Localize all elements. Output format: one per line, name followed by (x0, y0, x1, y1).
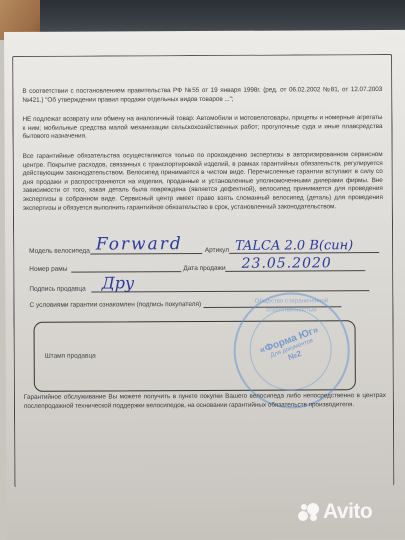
article-field: TALCA 2.0 B(син) (229, 240, 379, 254)
seller-signature: Дру (102, 273, 135, 292)
model-label: Модель велосипеда (29, 248, 90, 255)
law-paragraph: В соответствии с постановлением правител… (22, 86, 382, 105)
warranty-document: В соответствии с постановлением правител… (4, 30, 405, 540)
frame-number-label: Номер рамы (29, 266, 67, 273)
avito-watermark: Avito (298, 500, 372, 524)
buyer-sign-label: С условиями гарантии ознакомлен (подпись… (29, 301, 201, 309)
model-field: Forward (90, 241, 202, 255)
frame-date-row: Номер рамы Дата продажи 23.05.2020 (29, 258, 365, 273)
avito-logo-icon (298, 503, 320, 521)
warranty-paragraph: Все гарантийные обязательства осуществля… (23, 151, 383, 213)
article-label: Артикул (205, 247, 229, 254)
model-handwriting: Forward (96, 234, 183, 254)
article-handwriting: TALCA 2.0 B(син) (235, 238, 353, 254)
frame-number-field (71, 259, 181, 273)
avito-brand-text: Avito (323, 500, 372, 524)
seller-sign-field: Дру (92, 278, 370, 292)
sale-date-field: 23.05.2020 (226, 258, 366, 272)
sale-date-label: Дата продажи (183, 265, 225, 272)
no-return-paragraph: НЕ подлежат возврату или обмену на анало… (22, 114, 382, 142)
seller-sign-row: Подпись продавца Дру (29, 278, 369, 293)
sale-date-handwriting: 23.05.2020 (242, 255, 332, 271)
service-paragraph: Гарантийное обслуживание Вы можете получ… (24, 392, 386, 411)
seller-stamp-label: Штамп продавца (45, 353, 96, 360)
model-row: Модель велосипеда Forward Артикул TALCA … (29, 240, 379, 255)
seller-sign-label: Подпись продавца (29, 286, 85, 293)
